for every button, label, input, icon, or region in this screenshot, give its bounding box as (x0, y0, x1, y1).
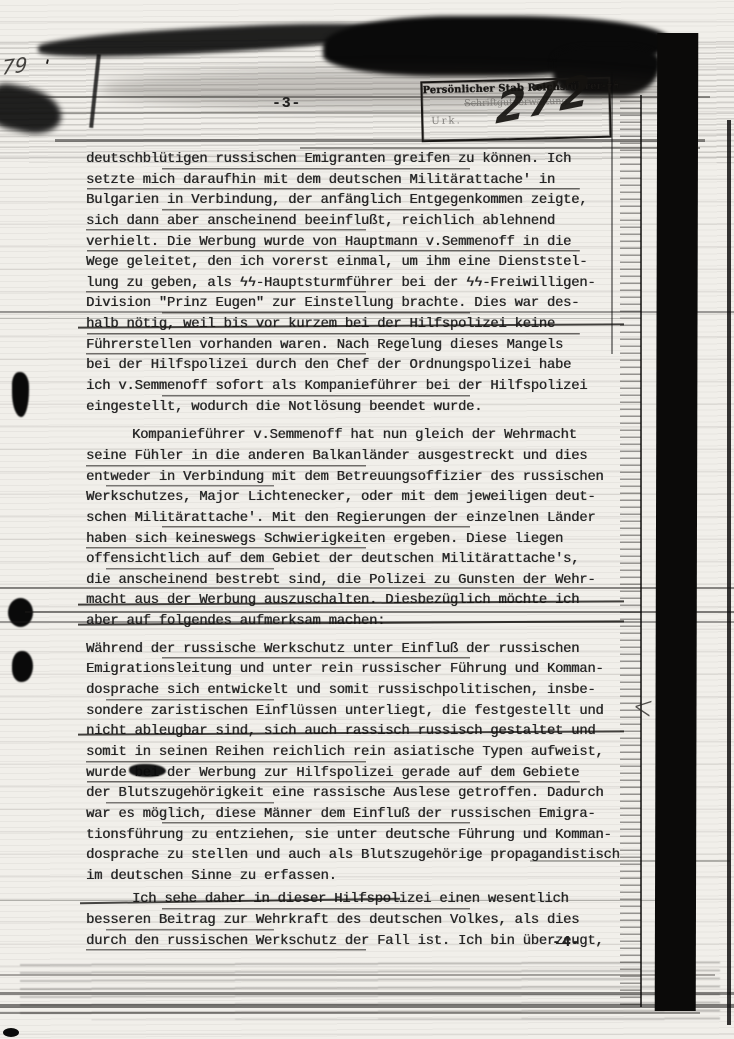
text-line: Division "Prinz Eugen" zur Einstellung b… (86, 293, 646, 314)
text-line: Während der russische Werkschutz unter E… (86, 639, 646, 660)
ink-blot-1 (12, 372, 29, 417)
text-line: setzte mich daraufhin mit dem deutschen … (86, 170, 646, 191)
text-line: verhielt. Die Werbung wurde von Hauptman… (86, 232, 646, 253)
text-line: Führerstellen vorhanden waren. Nach Rege… (86, 335, 646, 356)
handwritten-margin-chevron: < (630, 687, 655, 727)
text-line: entweder in Verbindung mit dem Betreuung… (86, 467, 646, 488)
right-edge-line (727, 120, 731, 1025)
paragraph: Ich sehe daher in dieser Hilfspolizei ei… (86, 889, 646, 951)
left-edge-mark (0, 81, 66, 139)
paragraph: Kompanieführer v.Semmenoff hat nun gleic… (86, 425, 646, 631)
office-stamp: Persönlicher Stab Reichsführer-ϟϟ Schrif… (420, 77, 611, 143)
page-number-top: -3- (272, 96, 301, 112)
paragraph: deutschblütigen russischen Emigranten gr… (86, 149, 646, 417)
text-line: Ich sehe daher in dieser Hilfspolizei ei… (86, 889, 646, 910)
text-line: der Blutszugehörigkeit eine rassische Au… (86, 783, 646, 804)
paragraph: Während der russische Werkschutz unter E… (86, 639, 646, 887)
text-line: bei der Hilfspolizei durch den Chef der … (86, 355, 646, 376)
handwritten-corner-number: 79 (2, 52, 28, 80)
text-line: deutschblütigen russischen Emigranten gr… (86, 149, 646, 170)
ink-blot-overwrite (129, 764, 166, 777)
text-line: nicht ableugbar sind, sich auch rassisch… (86, 721, 646, 742)
handwritten-tick-mark: ' (42, 56, 51, 76)
text-line: Wege geleitet, den ich vorerst einmal, u… (86, 252, 646, 273)
text-line: dosprache zu stellen und auch als Blutsz… (86, 845, 646, 866)
text-line: Kompanieführer v.Semmenoff hat nun gleic… (86, 425, 646, 446)
bottom-streak-band (20, 958, 720, 1020)
text-line: im deutschen Sinne zu erfassen. (86, 866, 646, 887)
scanned-document-page: 79 ' -3- -4- < Persönlicher Stab Reichsf… (0, 0, 734, 1039)
pen-stroke-vertical (89, 54, 101, 128)
text-line: somit in seinen Reihen reichlich rein as… (86, 742, 646, 763)
ink-blot-bottom-left (3, 1028, 19, 1037)
text-line: besseren Beitrag zur Wehrkraft des deuts… (86, 910, 646, 931)
text-line: ich v.Semmenoff sofort als Kompanieführe… (86, 376, 646, 397)
text-line: wurde bei der Werbung zur Hilfspolizei g… (86, 763, 646, 784)
text-line: schen Militärattache'. Mit den Regierung… (86, 508, 646, 529)
text-line: aber auf folgendes aufmerksam machen: (86, 611, 646, 632)
text-line: eingestellt, wodurch die Notlösung beend… (86, 397, 646, 418)
text-line: Bulgarien in Verbindung, der anfänglich … (86, 190, 646, 211)
text-line: haben sich keineswegs Schwierigkeiten er… (86, 529, 646, 550)
text-line: dosprache sich entwickelt und somit russ… (86, 680, 646, 701)
text-line: offensichtlich auf dem Gebiet der deutsc… (86, 549, 646, 570)
text-line: durch den russischen Werkschutz der Fall… (86, 931, 646, 952)
scan-streak (0, 974, 715, 976)
ink-blot-3 (12, 651, 33, 682)
text-line: die anscheinend bestrebt sind, die Poliz… (86, 570, 646, 591)
text-line: lung zu geben, als ϟϟ-Hauptsturmführer b… (86, 273, 646, 294)
text-line: sich dann aber anscheinend beeinflußt, r… (86, 211, 646, 232)
scan-streak (0, 1012, 700, 1014)
text-line: Werkschutzes, Major Lichtenecker, oder m… (86, 487, 646, 508)
text-line: tionsführung zu entziehen, sie unter deu… (86, 825, 646, 846)
text-line: Emigrationsleitung und unter rein russis… (86, 659, 646, 680)
stamp-ref-label: Urk. (431, 115, 462, 127)
document-body: deutschblütigen russischen Emigranten gr… (86, 149, 646, 951)
text-line: halb nötig, weil bis vor kurzem bei der … (86, 314, 646, 335)
text-line: seine Fühler in die anderen Balkanländer… (86, 446, 646, 467)
text-line: war es möglich, diese Männer dem Einfluß… (86, 804, 646, 825)
scan-streak (55, 139, 705, 142)
text-line: macht aus der Werbung auszuschalten. Die… (86, 590, 646, 611)
text-line: sondere zaristischen Einflüssen unterlie… (86, 701, 646, 722)
right-black-band (655, 33, 699, 1011)
